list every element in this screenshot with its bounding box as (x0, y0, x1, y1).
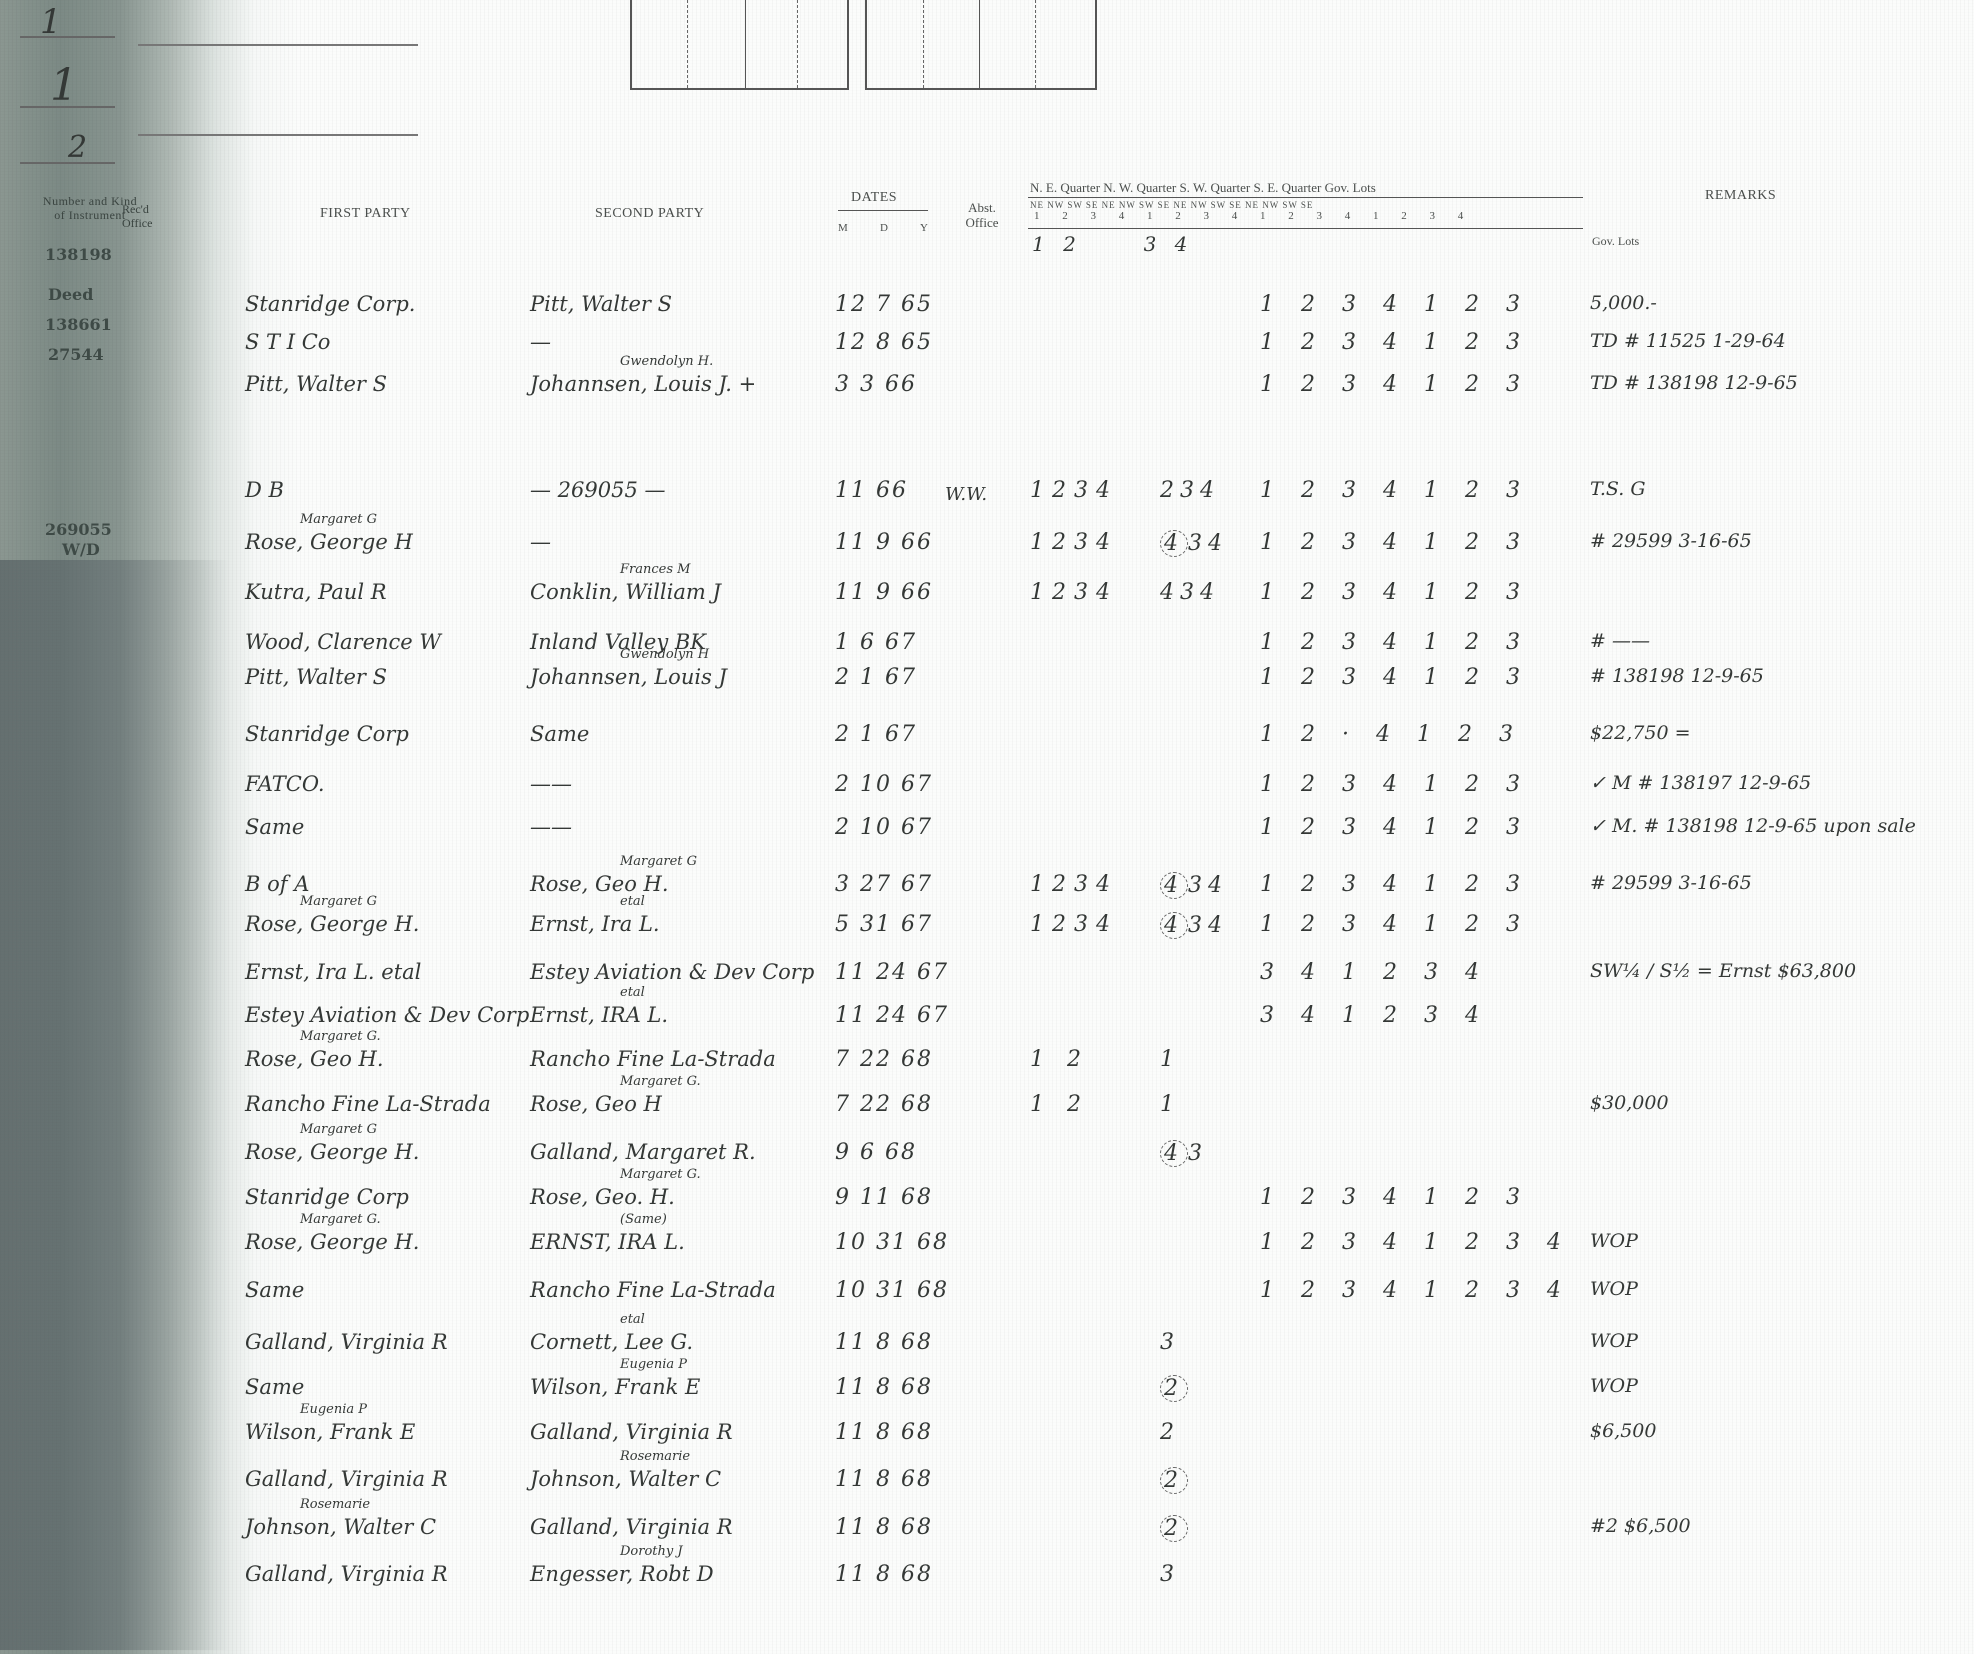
remarks: WOP (1590, 1375, 1638, 1397)
second-party-note: (Same) (620, 1212, 667, 1227)
page-number: 2 (68, 130, 87, 165)
rule (838, 210, 928, 211)
se-quarter-lots: 1 2 3 4 1 2 3 (1260, 630, 1530, 655)
circled-lot: 4 (1160, 872, 1188, 899)
first-party: Same (245, 1375, 304, 1399)
remarks: $30,000 (1590, 1092, 1669, 1114)
entry-date: 2 10 67 (835, 815, 933, 840)
header-first-party: FIRST PARTY (320, 206, 411, 222)
second-party: Conklin, William J (530, 580, 721, 604)
rule (20, 106, 115, 108)
second-party: Rose, Geo H. (530, 872, 669, 896)
second-party: Estey Aviation & Dev Corp (530, 960, 814, 984)
first-party: Stanridge Corp (245, 1185, 409, 1209)
first-party: Wilson, Frank E (245, 1420, 415, 1444)
circled-lot: 4 (1160, 1140, 1188, 1167)
second-party: Galland, Virginia R (530, 1515, 733, 1539)
first-party-note: Margaret G. (300, 1029, 381, 1044)
rule (20, 162, 115, 164)
remarks: 5,000.- (1590, 292, 1657, 314)
nw-quarter-lots: 1234 (1030, 872, 1118, 897)
sw-quarter-lots: 434 (1160, 580, 1220, 605)
first-party: Same (245, 815, 304, 839)
township-box (630, 0, 849, 90)
circled-lot: 2 (1160, 1467, 1188, 1494)
second-party-note: etal (620, 1312, 645, 1327)
entry-date: 11 8 68 (835, 1420, 933, 1445)
first-party-note: Rosemarie (300, 1497, 370, 1512)
second-party: Pitt, Walter S (530, 292, 672, 316)
first-party: Rose, George H. (245, 1140, 419, 1164)
remarks: #2 $6,500 (1590, 1515, 1691, 1537)
second-party: — 269055 — (530, 478, 666, 502)
se-quarter-lots: 3 4 1 2 3 4 (1260, 1003, 1489, 1028)
remarks: WOP (1590, 1330, 1638, 1352)
second-party-note: Margaret G (620, 854, 697, 869)
first-party: Kutra, Paul R (245, 580, 387, 604)
circled-lot: 4 (1160, 530, 1188, 557)
second-party: — (530, 530, 551, 554)
remarks: # 29599 3-16-65 (1590, 530, 1752, 552)
first-party: B of A (245, 872, 309, 896)
second-party: Johannsen, Louis J (530, 665, 727, 689)
margin-mark: 27544 (48, 345, 104, 364)
remarks: ✓ M. # 138198 12-9-65 upon sale (1590, 815, 1916, 837)
rule (1028, 228, 1583, 229)
entry-date: 11 24 67 (835, 960, 949, 985)
first-party: Galland, Virginia R (245, 1562, 448, 1586)
entry-date: 3 27 67 (835, 872, 933, 897)
sw-quarter-lots: 3 (1160, 1562, 1180, 1587)
first-party: Rose, Geo H. (245, 1047, 384, 1071)
se-quarter-lots: 3 4 1 2 3 4 (1260, 960, 1489, 985)
top-field-2: 1 (50, 60, 78, 111)
header-abst-office: Abst. Office (956, 200, 1008, 230)
entry-date: 2 10 67 (835, 772, 933, 797)
se-quarter-lots: 1 2 3 4 1 2 3 (1260, 872, 1530, 897)
header-year: Y (920, 222, 928, 234)
rule (296, 44, 416, 46)
first-party-note: Margaret G (300, 894, 377, 909)
entry-date: 7 22 68 (835, 1047, 933, 1072)
second-party-note: Gwendolyn H (620, 647, 709, 662)
first-party-note: Margaret G (300, 1122, 377, 1137)
sw-quarter-lots: 2 (1160, 1420, 1180, 1445)
sw-quarter-lots: 3 (1160, 1330, 1180, 1355)
remarks: SW¼ / S½ = Ernst $63,800 (1590, 960, 1856, 982)
remarks: # —— (1590, 630, 1650, 652)
remarks: T.S. G (1590, 478, 1646, 500)
rule (138, 134, 418, 136)
header-day: D (880, 222, 888, 234)
se-quarter-lots: 1 2 3 4 1 2 3 4 (1260, 1230, 1571, 1255)
first-party: Galland, Virginia R (245, 1467, 448, 1491)
entry-date: 11 9 66 (835, 530, 933, 555)
margin-mark: Deed (48, 285, 93, 304)
nw-quarter-lots: 1 2 (1030, 1092, 1089, 1117)
second-party-note: Dorothy J (620, 1544, 683, 1559)
second-party: Engesser, Robt D (530, 1562, 714, 1586)
first-party: Estey Aviation & Dev Corp (245, 1003, 529, 1027)
header-recd-office: Rec'd Office (122, 202, 172, 230)
abst-office: W.W. (945, 484, 987, 505)
second-party: — (530, 330, 551, 354)
second-party: Same (530, 722, 589, 746)
se-quarter-lots: 1 2 3 4 1 2 3 (1260, 372, 1530, 397)
entry-date: 3 3 66 (835, 372, 917, 397)
second-party-note: etal (620, 894, 645, 909)
entry-date: 7 22 68 (835, 1092, 933, 1117)
remarks: TD # 138198 12-9-65 (1590, 372, 1798, 394)
entry-date: 2 1 67 (835, 722, 917, 747)
sw-quarter-lots: 2 (1160, 1515, 1188, 1542)
second-party: ERNST, IRA L. (530, 1230, 685, 1254)
nw-quarter-lots: 1234 (1030, 580, 1118, 605)
margin-mark: 138198 (45, 245, 112, 264)
header-month: M (838, 222, 848, 234)
second-party-note: Margaret G. (620, 1074, 701, 1089)
range-box (865, 0, 1097, 90)
first-party-note: Margaret G. (300, 1212, 381, 1227)
entry-date: 2 1 67 (835, 665, 917, 690)
first-party: Wood, Clarence W (245, 630, 441, 654)
gov-lots-handwritten: 1 2 3 4 (1032, 232, 1193, 256)
sw-quarter-lots: 234 (1160, 478, 1220, 503)
se-quarter-lots: 1 2 3 4 1 2 3 (1260, 1185, 1530, 1210)
sw-quarter-lots: 1 (1160, 1092, 1180, 1117)
header-dates-mdy: M D Y (838, 222, 928, 234)
sw-quarter-lots: 2 (1160, 1467, 1188, 1494)
entry-date: 10 31 68 (835, 1278, 949, 1303)
se-quarter-lots: 1 2 · 4 1 2 3 (1260, 722, 1523, 747)
sw-quarter-lots: 434 (1160, 530, 1228, 557)
sw-quarter-lots: 43 (1160, 1140, 1208, 1167)
circled-lot: 2 (1160, 1515, 1188, 1542)
remarks: $22,750 = (1590, 722, 1691, 744)
nw-quarter-lots: 1 2 (1030, 1047, 1089, 1072)
first-party: Rose, George H. (245, 912, 419, 936)
remarks: $6,500 (1590, 1420, 1656, 1442)
first-party: Rancho Fine La-Strada (245, 1092, 491, 1116)
first-party: S T I Co (245, 330, 330, 354)
entry-date: 11 24 67 (835, 1003, 949, 1028)
second-party: Cornett, Lee G. (530, 1330, 693, 1354)
remarks: ✓ M # 138197 12-9-65 (1590, 772, 1811, 794)
first-party: Rose, George H (245, 530, 413, 554)
second-party: Galland, Margaret R. (530, 1140, 756, 1164)
second-party-note: Eugenia P (620, 1357, 687, 1372)
second-party: Rose, Geo H (530, 1092, 662, 1116)
se-quarter-lots: 1 2 3 4 1 2 3 (1260, 912, 1530, 937)
header-second-party: SECOND PARTY (595, 206, 704, 222)
second-party-note: Gwendolyn H. (620, 354, 713, 369)
entry-date: 11 8 68 (835, 1562, 933, 1587)
sw-quarter-lots: 1 (1160, 1047, 1180, 1072)
se-quarter-lots: 1 2 3 4 1 2 3 (1260, 580, 1530, 605)
se-quarter-lots: 1 2 3 4 1 2 3 (1260, 478, 1530, 503)
first-party: FATCO. (245, 772, 325, 796)
sw-quarter-lots: 434 (1160, 912, 1228, 939)
header-remarks: REMARKS (1705, 188, 1776, 204)
entry-date: 11 8 68 (835, 1330, 933, 1355)
se-quarter-lots: 1 2 3 4 1 2 3 (1260, 330, 1530, 355)
second-party: Johnson, Walter C (530, 1467, 721, 1491)
first-party-note: Margaret G (300, 512, 377, 527)
se-quarter-lots: 1 2 3 4 1 2 3 4 (1260, 1278, 1571, 1303)
second-party: Rose, Geo. H. (530, 1185, 675, 1209)
sw-quarter-lots: 2 (1160, 1375, 1188, 1402)
first-party: Rose, George H. (245, 1230, 419, 1254)
header-quarter-nums: 1 2 3 4 1 2 3 4 1 2 3 4 1 2 3 4 (1034, 210, 1473, 222)
rule (20, 36, 115, 38)
entry-date: 11 8 68 (835, 1515, 933, 1540)
first-party: D B (245, 478, 284, 502)
entry-date: 9 6 68 (835, 1140, 917, 1165)
entry-date: 11 8 68 (835, 1375, 933, 1400)
second-party: Wilson, Frank E (530, 1375, 700, 1399)
second-party: Galland, Virginia R (530, 1420, 733, 1444)
sw-quarter-lots: 434 (1160, 872, 1228, 899)
entry-date: 10 31 68 (835, 1230, 949, 1255)
second-party: Rancho Fine La-Strada (530, 1278, 776, 1302)
second-party: —— (530, 815, 572, 839)
second-party: Johannsen, Louis J. + (530, 372, 756, 396)
nw-quarter-lots: 1234 (1030, 478, 1118, 503)
se-quarter-lots: 1 2 3 4 1 2 3 (1260, 665, 1530, 690)
rule (1028, 197, 1583, 198)
margin-mark: W/D (62, 540, 100, 559)
second-party-note: etal (620, 985, 645, 1000)
entry-date: 12 7 65 (835, 292, 933, 317)
entry-date: 11 66 (835, 478, 908, 503)
first-party: Johnson, Walter C (245, 1515, 436, 1539)
entry-date: 5 31 67 (835, 912, 933, 937)
first-party: Galland, Virginia R (245, 1330, 448, 1354)
se-quarter-lots: 1 2 3 4 1 2 3 (1260, 815, 1530, 840)
nw-quarter-lots: 1234 (1030, 912, 1118, 937)
remarks: TD # 11525 1-29-64 (1590, 330, 1786, 352)
remarks: WOP (1590, 1278, 1638, 1300)
remarks: # 138198 12-9-65 (1590, 665, 1764, 687)
second-party: Ernst, Ira L. (530, 912, 660, 936)
remarks: WOP (1590, 1230, 1638, 1252)
remarks: # 29599 3-16-65 (1590, 872, 1752, 894)
entry-date: 12 8 65 (835, 330, 933, 355)
margin-mark: 138661 (45, 315, 112, 334)
header-dates: DATES (851, 190, 897, 206)
circled-lot: 2 (1160, 1375, 1188, 1402)
entry-date: 9 11 68 (835, 1185, 933, 1210)
first-party: Same (245, 1278, 304, 1302)
second-party-note: Frances M (620, 562, 690, 577)
first-party: Stanridge Corp (245, 722, 409, 746)
first-party: Ernst, Ira L. etal (245, 960, 421, 984)
header-remarks-gov-lots: Gov. Lots (1592, 234, 1639, 249)
entry-date: 1 6 67 (835, 630, 917, 655)
first-party-note: Eugenia P (300, 1402, 367, 1417)
first-party: Pitt, Walter S (245, 372, 387, 396)
se-quarter-lots: 1 2 3 4 1 2 3 (1260, 530, 1530, 555)
nw-quarter-lots: 1234 (1030, 530, 1118, 555)
entry-date: 11 9 66 (835, 580, 933, 605)
entry-date: 11 8 68 (835, 1467, 933, 1492)
first-party: Pitt, Walter S (245, 665, 387, 689)
se-quarter-lots: 1 2 3 4 1 2 3 (1260, 292, 1530, 317)
header-quarter-subs: NE NW SW SE NE NW SW SE NE NW SW SE NE N… (1030, 200, 1313, 210)
se-quarter-lots: 1 2 3 4 1 2 3 (1260, 772, 1530, 797)
margin-mark: 269055 (45, 520, 112, 539)
second-party: Rancho Fine La-Strada (530, 1047, 776, 1071)
first-party: Stanridge Corp. (245, 292, 415, 316)
second-party: Ernst, IRA L. (530, 1003, 668, 1027)
header-quarters: N. E. Quarter N. W. Quarter S. W. Quarte… (1030, 180, 1376, 196)
second-party: —— (530, 772, 572, 796)
second-party-note: Margaret G. (620, 1167, 701, 1182)
second-party-note: Rosemarie (620, 1449, 690, 1464)
circled-lot: 4 (1160, 912, 1188, 939)
ledger-page: 1 1 2 Number and Kind of Instrument Rec'… (0, 0, 1974, 1654)
